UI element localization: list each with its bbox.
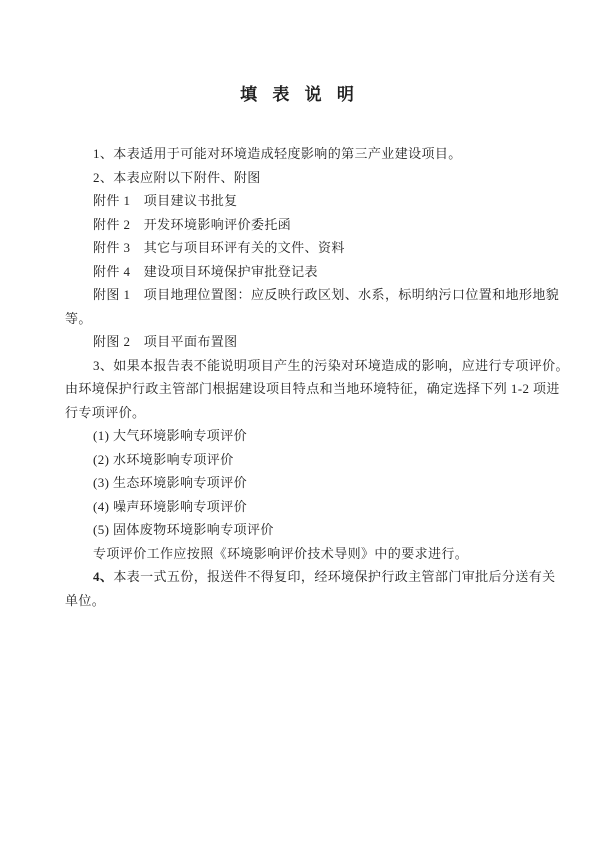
text-line: 附图 1 项目地理位置图：应反映行政区划、水系，标明纳污口位置和地形地貌 — [65, 283, 565, 307]
text-line: (4) 噪声环境影响专项评价 — [65, 495, 565, 519]
text-line: (2) 水环境影响专项评价 — [65, 448, 565, 472]
text-line: 1、本表适用于可能对环境造成轻度影响的第三产业建设项目。 — [65, 142, 565, 166]
text-line: 4、本表一式五份，报送件不得复印，经环境保护行政主管部门审批后分送有关 — [65, 565, 565, 589]
text-line: 附图 2 项目平面布置图 — [65, 330, 565, 354]
document-page: 填 表 说 明 1、本表适用于可能对环境造成轻度影响的第三产业建设项目。2、本表… — [0, 0, 595, 842]
page-title: 填 表 说 明 — [0, 82, 595, 107]
text-line: 附件 2 开发环境影响评价委托函 — [65, 213, 565, 237]
body-text: 1、本表适用于可能对环境造成轻度影响的第三产业建设项目。2、本表应附以下附件、附… — [65, 142, 565, 612]
text-line: 等。 — [65, 307, 565, 331]
text-line: 由环境保护行政主管部门根据建设项目特点和当地环境特征，确定选择下列 1-2 项进 — [65, 377, 565, 401]
item-number: 4、 — [93, 569, 113, 584]
text-line: 附件 1 项目建议书批复 — [65, 189, 565, 213]
text-line: 单位。 — [65, 589, 565, 613]
text-line: (5) 固体废物环境影响专项评价 — [65, 518, 565, 542]
text-line: 行专项评价。 — [65, 401, 565, 425]
text-line: (1) 大气环境影响专项评价 — [65, 424, 565, 448]
text-line: (3) 生态环境影响专项评价 — [65, 471, 565, 495]
text-line: 专项评价工作应按照《环境影响评价技术导则》中的要求进行。 — [65, 542, 565, 566]
text-line: 附件 4 建设项目环境保护审批登记表 — [65, 260, 565, 284]
text-line: 3、如果本报告表不能说明项目产生的污染对环境造成的影响，应进行专项评价。 — [65, 354, 565, 378]
text-line: 附件 3 其它与项目环评有关的文件、资料 — [65, 236, 565, 260]
text-line: 2、本表应附以下附件、附图 — [65, 166, 565, 190]
